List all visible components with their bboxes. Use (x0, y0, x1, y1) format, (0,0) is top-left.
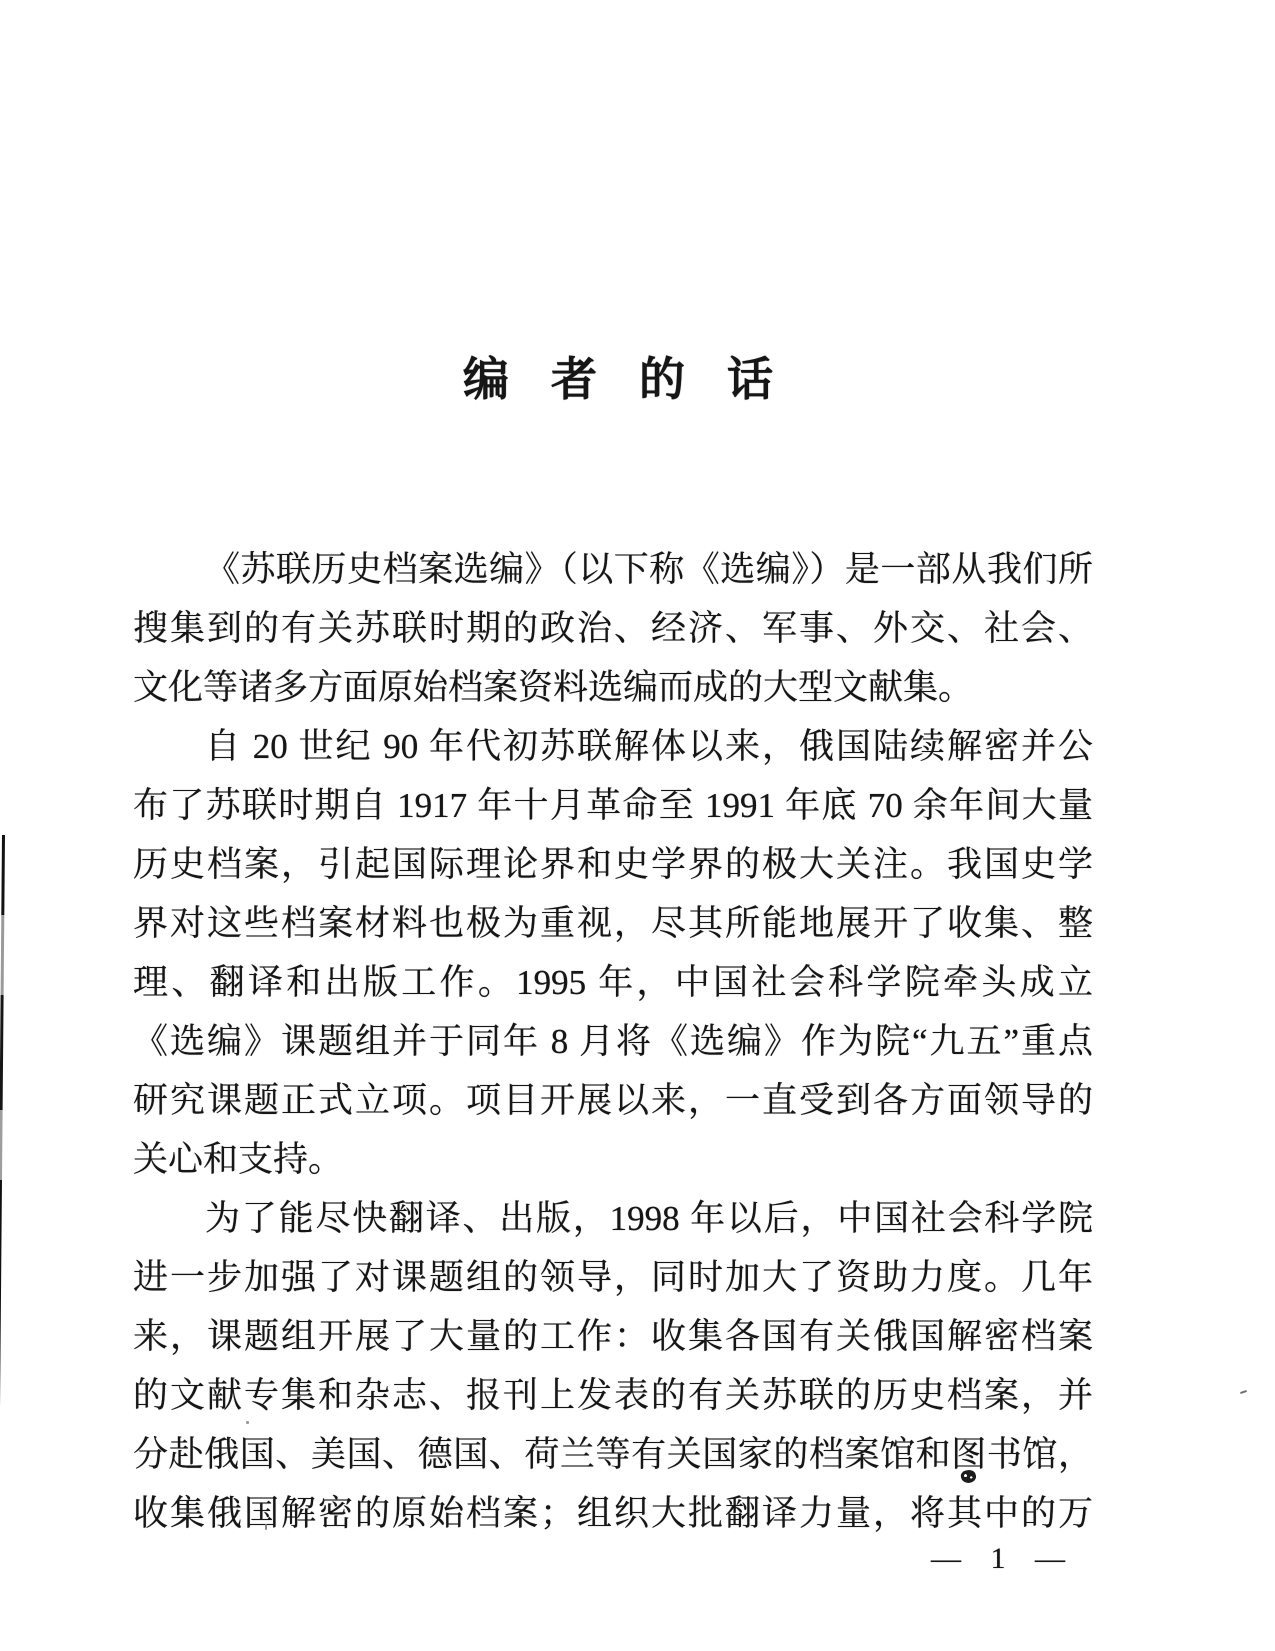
text-line: 来，课题组开展了大量的工作：收集各国有关俄国解密档案 (133, 1307, 1093, 1366)
text-line: 研究课题正式立项。项目开展以来，一直受到各方面领导的 (133, 1071, 1093, 1130)
text-line: 为了能尽快翻译、出版，1998 年以后，中国社会科学院 (133, 1189, 1093, 1248)
scan-speck (246, 1421, 249, 1424)
page-title: 编者的话 (133, 357, 1093, 403)
scan-speck (265, 1524, 267, 1530)
text-line: 界对这些档案材料也极为重视，尽其所能地展开了收集、整 (133, 894, 1093, 953)
text-line: 分赴俄国、美国、德国、荷兰等有关国家的档案馆和图书馆， (133, 1425, 1093, 1484)
body-text: 《苏联历史档案选编》（以下称《选编》）是一部从我们所 搜集到的有关苏联时期的政治… (133, 540, 1093, 1543)
scan-edge-line-artifact (0, 835, 5, 1651)
scan-speck (1240, 1390, 1247, 1394)
text-line: 理、翻译和出版工作。1995 年，中国社会科学院牵头成立 (133, 953, 1093, 1012)
text-line: 的文献专集和杂志、报刊上发表的有关苏联的历史档案，并 (133, 1366, 1093, 1425)
text-line: 历史档案，引起国际理论界和史学界的极大关注。我国史学 (133, 835, 1093, 894)
page-number: — 1 — (931, 1544, 1065, 1574)
text-line: 收集俄国解密的原始档案；组织大批翻译力量，将其中的万 (133, 1484, 1093, 1543)
text-line: 搜集到的有关苏联时期的政治、经济、军事、外交、社会、 (133, 599, 1093, 658)
text-line: 《选编》课题组并于同年 8 月将《选编》作为院“九五”重点 (133, 1012, 1093, 1071)
text-line: 自 20 世纪 90 年代初苏联解体以来，俄国陆续解密并公 (133, 717, 1093, 776)
text-line: 文化等诸多方面原始档案资料选编而成的大型文献集。 (133, 658, 1093, 717)
scanned-book-page: 编者的话 《苏联历史档案选编》（以下称《选编》）是一部从我们所 搜集到的有关苏联… (0, 0, 1275, 1651)
text-line: 关心和支持。 (133, 1130, 1093, 1189)
text-line: 《苏联历史档案选编》（以下称《选编》）是一部从我们所 (133, 540, 1093, 599)
text-line: 布了苏联时期自 1917 年十月革命至 1991 年底 70 余年间大量 (133, 776, 1093, 835)
text-line: 进一步加强了对课题组的领导，同时加大了资助力度。几年 (133, 1248, 1093, 1307)
